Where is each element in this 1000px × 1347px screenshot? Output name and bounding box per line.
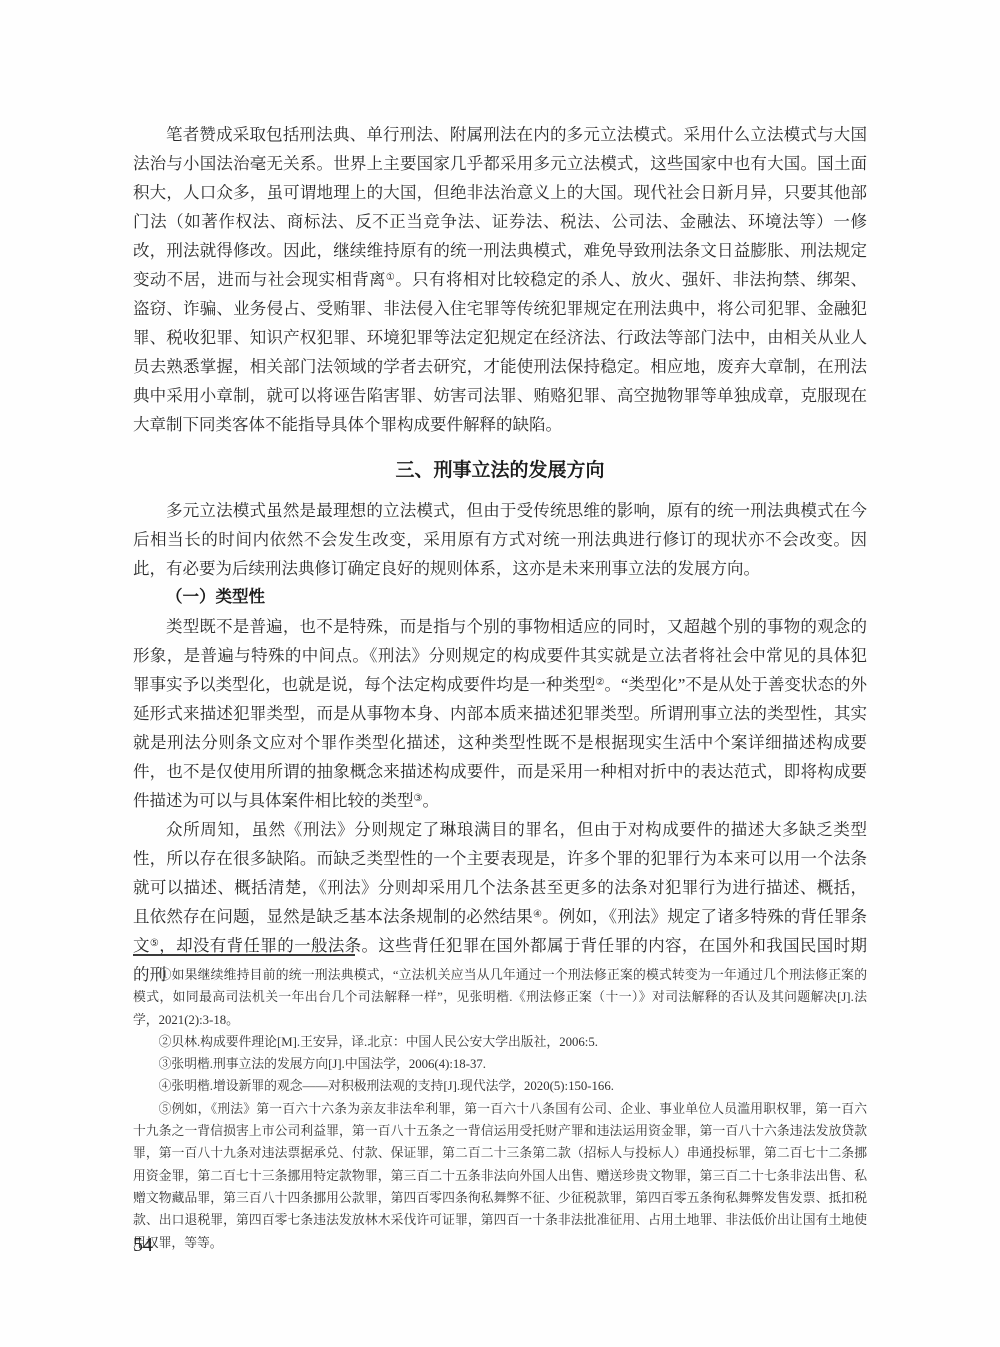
- section-heading: 三、刑事立法的发展方向: [133, 456, 867, 485]
- footnote-2: ②贝林.构成要件理论[M].王安异，译.北京：中国人民公安大学出版社，2006:…: [133, 1031, 867, 1053]
- footnote-3: ③张明楷.刑事立法的发展方向[J].中国法学，2006(4):18-37.: [133, 1053, 867, 1075]
- subsection-heading: （一）类型性: [133, 583, 867, 612]
- page-number: 54: [133, 1233, 153, 1257]
- body-paragraph-3: 类型既不是普遍，也不是特殊，而是指与个别的事物相适应的同时，又超越个别的事物的观…: [133, 612, 867, 815]
- article-body: 笔者赞成采取包括刑法典、单行刑法、附属刑法在内的多元立法模式。采用什么立法模式与…: [133, 120, 867, 989]
- body-paragraph-2: 多元立法模式虽然是最理想的立法模式，但由于受传统思维的影响，原有的统一刑法典模式…: [133, 496, 867, 583]
- journal-page: 笔者赞成采取包括刑法典、单行刑法、附属刑法在内的多元立法模式。采用什么立法模式与…: [0, 0, 1000, 1347]
- body-paragraph-1: 笔者赞成采取包括刑法典、单行刑法、附属刑法在内的多元立法模式。采用什么立法模式与…: [133, 120, 867, 439]
- footnote-5: ⑤例如，《刑法》第一百六十六条为亲友非法牟利罪，第一百六十八条国有公司、企业、事…: [133, 1098, 867, 1254]
- footnote-1: ①如果继续维持目前的统一刑法典模式，“立法机关应当从几年通过一个刑法修正案的模式…: [133, 964, 867, 1031]
- footnote-separator-rule: [133, 954, 355, 956]
- footnotes-section: ①如果继续维持目前的统一刑法典模式，“立法机关应当从几年通过一个刑法修正案的模式…: [133, 954, 867, 1254]
- footnote-4: ④张明楷.增设新罪的观念——对积极刑法观的支持[J].现代法学，2020(5):…: [133, 1075, 867, 1097]
